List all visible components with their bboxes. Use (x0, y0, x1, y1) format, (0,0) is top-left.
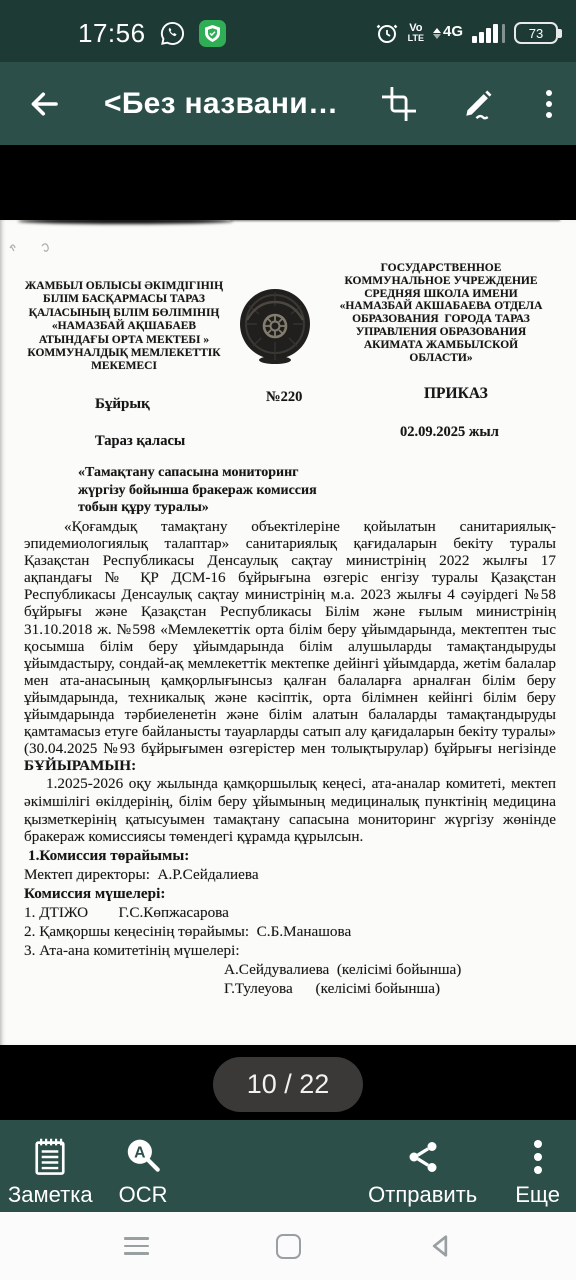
order-word-russian: ПРИКАЗ (424, 385, 488, 403)
send-button[interactable]: Отправить (368, 1127, 477, 1208)
overflow-menu-button[interactable] (540, 88, 558, 120)
more-button-label: Еще (515, 1182, 560, 1208)
order-city: Тараз қаласы (95, 433, 185, 450)
home-button[interactable] (268, 1226, 308, 1266)
edit-button[interactable] (460, 86, 496, 122)
share-icon (405, 1135, 441, 1179)
note-button[interactable]: Заметка (8, 1127, 93, 1208)
battery-percent: 73 (529, 26, 543, 41)
more-dots-icon (532, 1135, 544, 1179)
commission-members-heading: Комиссия мүшелері: (24, 884, 556, 903)
notepad-icon (31, 1135, 69, 1179)
whatsapp-notification-icon (159, 20, 186, 47)
order-date: 02.09.2025 жыл (400, 424, 499, 441)
send-button-label: Отправить (368, 1182, 477, 1208)
home-icon (276, 1234, 301, 1259)
ocr-button-label: OCR (119, 1182, 168, 1208)
handwritten-marks (4, 238, 124, 261)
commission-member-3: 3. Ата-ана комитетінің мүшелері: (24, 941, 556, 960)
ocr-magnifier-icon: A (122, 1135, 164, 1179)
recents-icon (124, 1237, 149, 1255)
back-button[interactable] (24, 84, 64, 124)
page-indicator: 10 / 22 (213, 1057, 363, 1112)
document-page: ЖАМБЫЛ ОБЛЫСЫ ӘКІМДІГІНІҢ БІЛІМ БАСҚАРМА… (0, 220, 576, 1045)
order-verb: БҰЙЫРАМЫН: (24, 757, 136, 774)
app-header: <Без названи… (0, 62, 576, 145)
recents-button[interactable] (116, 1226, 156, 1266)
scan-shadow-right (230, 220, 560, 221)
commission-member-1: 1. ДТІЖО Г.С.Көпжасарова (24, 903, 556, 922)
note-button-label: Заметка (8, 1182, 93, 1208)
body-paragraph-item1: 1.2025-2026 оқу жылында қамқоршылық кеңе… (24, 775, 556, 845)
commission-member-2: 2. Қамқоршы кеңесінің төрайымы: С.Б.Мана… (24, 922, 556, 941)
more-button[interactable]: Еще (515, 1127, 560, 1208)
body-paragraph-legal-basis: «Қоғамдық тамақтану объектілеріне қойыла… (24, 518, 556, 774)
status-bar: 17:56 (0, 0, 576, 62)
clock-time: 17:56 (78, 18, 146, 49)
crop-button[interactable] (382, 87, 416, 121)
ocr-button[interactable]: A OCR (119, 1127, 168, 1208)
bottom-toolbar: Заметка A OCR (0, 1120, 576, 1212)
order-subject: «Тамақтану сапасына мониторинг жүргізу б… (78, 464, 317, 517)
page-indicator-label: 10 / 22 (247, 1069, 330, 1100)
security-app-notification-icon (199, 20, 226, 47)
android-nav-bar (0, 1212, 576, 1280)
order-number: №220 (266, 389, 302, 406)
battery-indicator: 73 (514, 22, 562, 44)
letterhead-russian: ГОСУДАРСТВЕННОЕ КОММУНАЛЬНОЕ УЧРЕЖДЕНИЕ … (318, 262, 564, 374)
commission-chair-heading: 1.Комиссия төрайымы: (28, 846, 556, 865)
document-viewer[interactable]: ЖАМБЫЛ ОБЛЫСЫ ӘКІМДІГІНІҢ БІЛІМ БАСҚАРМА… (0, 145, 576, 1212)
order-word-kazakh: Бұйрық (95, 396, 150, 413)
commission-chair-line: Мектеп директоры: А.Р.Сейдалиева (24, 865, 556, 884)
letterhead-kazakh: ЖАМБЫЛ ОБЛЫСЫ ӘКІМДІГІНІҢ БІЛІМ БАСҚАРМА… (16, 280, 232, 374)
network-type-indicator: 4G (433, 23, 463, 43)
volte-indicator: Vo LTE (408, 23, 424, 43)
document-title: <Без названи… (104, 87, 338, 121)
svg-text:A: A (134, 1145, 145, 1162)
state-emblem (232, 274, 318, 374)
order-body: «Қоғамдық тамақтану объектілеріне қойыла… (24, 518, 556, 998)
alarm-clock-icon (375, 21, 399, 45)
signal-strength-icon (472, 24, 505, 43)
commission-member-3b: Г.Тулеуова (келісімі бойынша) (224, 979, 556, 998)
back-nav-button[interactable] (420, 1226, 460, 1266)
commission-member-3a: А.Сейдувалиева (келісімі бойынша) (224, 960, 556, 979)
phone-screen: 17:56 (0, 0, 576, 1280)
data-activity-arrows-icon (433, 28, 441, 39)
